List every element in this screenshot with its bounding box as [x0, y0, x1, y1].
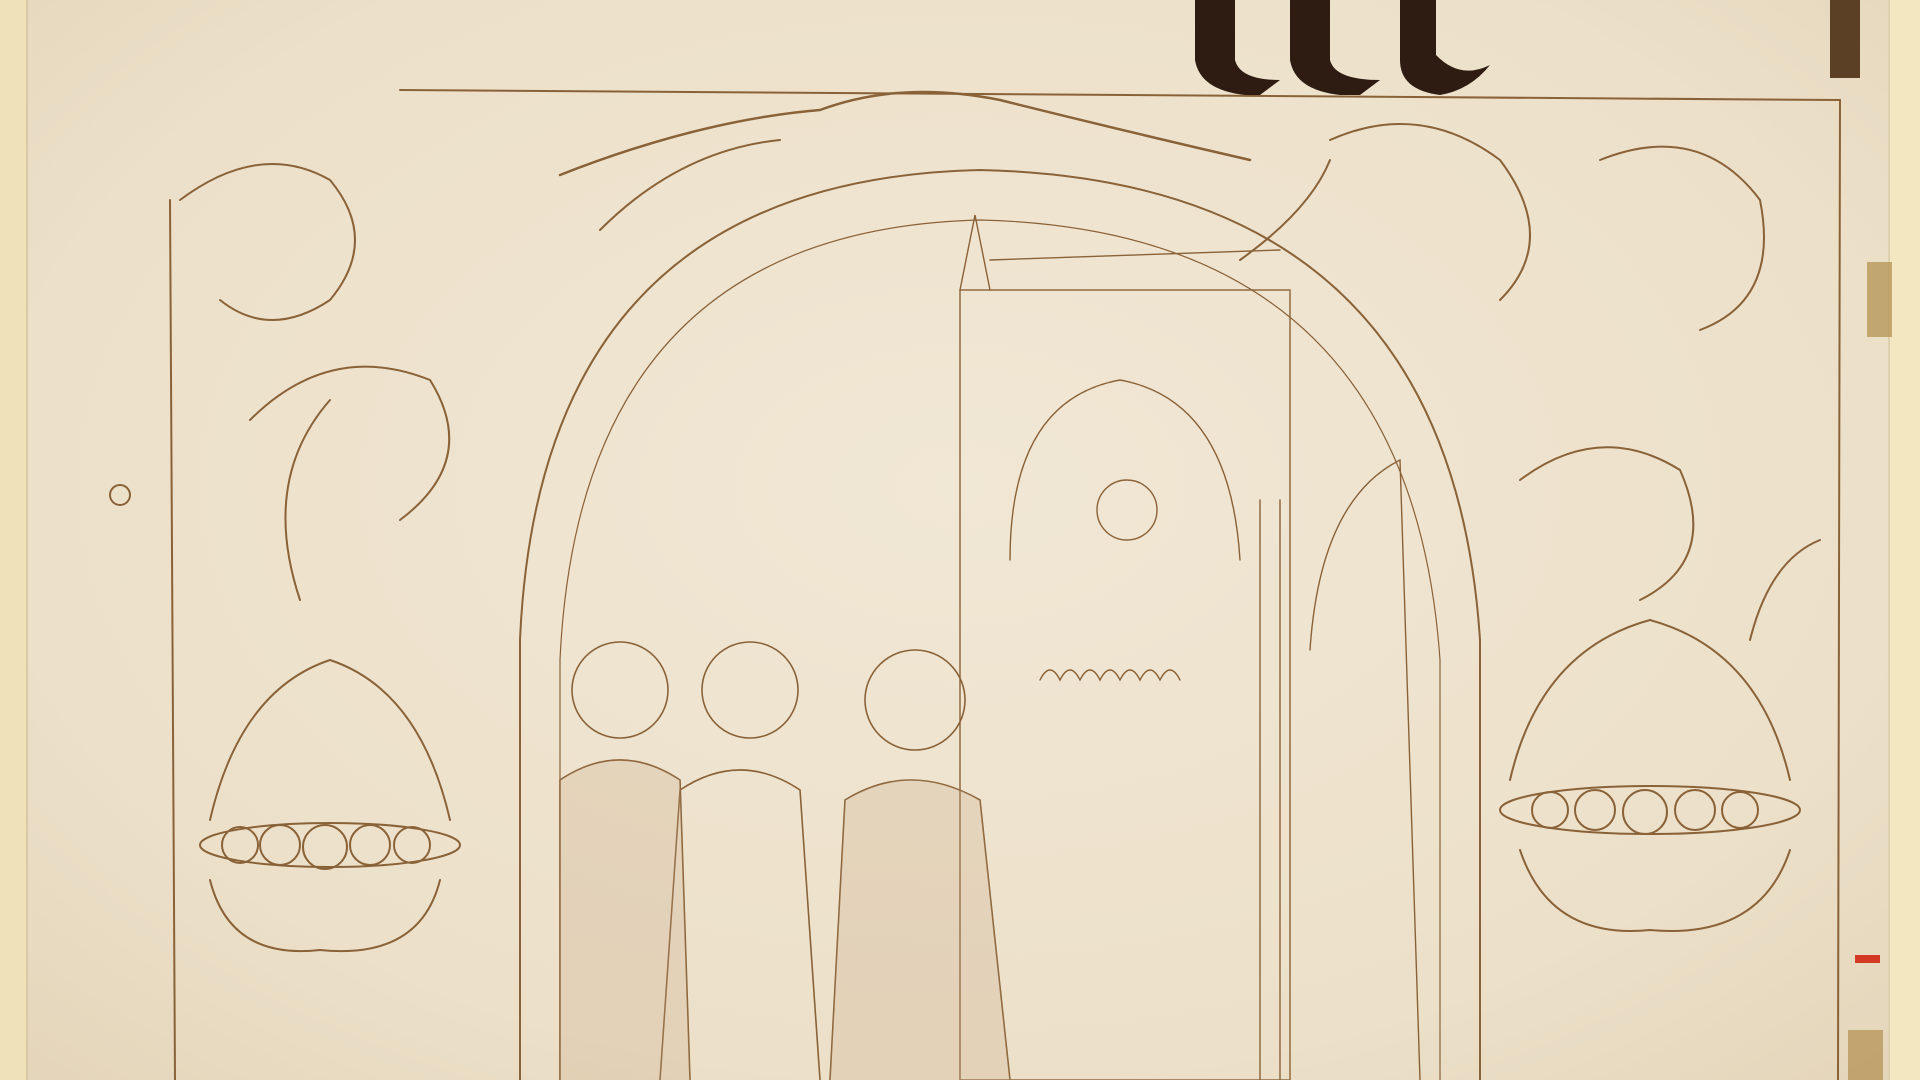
- frame-right-line: [1838, 100, 1840, 1080]
- margin-red-mark: [1855, 955, 1880, 963]
- margin-tab-gold: [1867, 262, 1892, 337]
- left-lower-leaves: [210, 880, 440, 951]
- sketch-artwork: [0, 0, 1920, 1080]
- letter-stroke-right: [1830, 0, 1860, 78]
- robe-shading: [560, 760, 1010, 1080]
- frame-top-line: [400, 90, 1840, 100]
- left-foliage-scrolls: [180, 164, 449, 600]
- right-torus-beads: [1532, 790, 1758, 834]
- right-lower-leaves: [1520, 850, 1790, 931]
- margin-tab-gold-bottom: [1848, 1030, 1883, 1080]
- arch-crown-rope: [560, 92, 1250, 175]
- drawing-canvas: Medieval pen-and-ink drawing of an initi…: [0, 0, 1920, 1080]
- arch-leaves: [600, 140, 1330, 260]
- calligraphic-initial-letters: [1195, 0, 1490, 95]
- spire: [960, 215, 990, 290]
- rose-window: [1097, 480, 1157, 540]
- arch-inner: [560, 220, 1440, 1080]
- left-bird-head: [110, 485, 130, 505]
- right-capital-leaves: [1510, 620, 1790, 780]
- gothic-building: [960, 215, 1420, 1080]
- frame-left-line: [170, 200, 175, 1080]
- left-capital-leaves: [210, 660, 450, 820]
- arcade-frieze: [1040, 670, 1180, 680]
